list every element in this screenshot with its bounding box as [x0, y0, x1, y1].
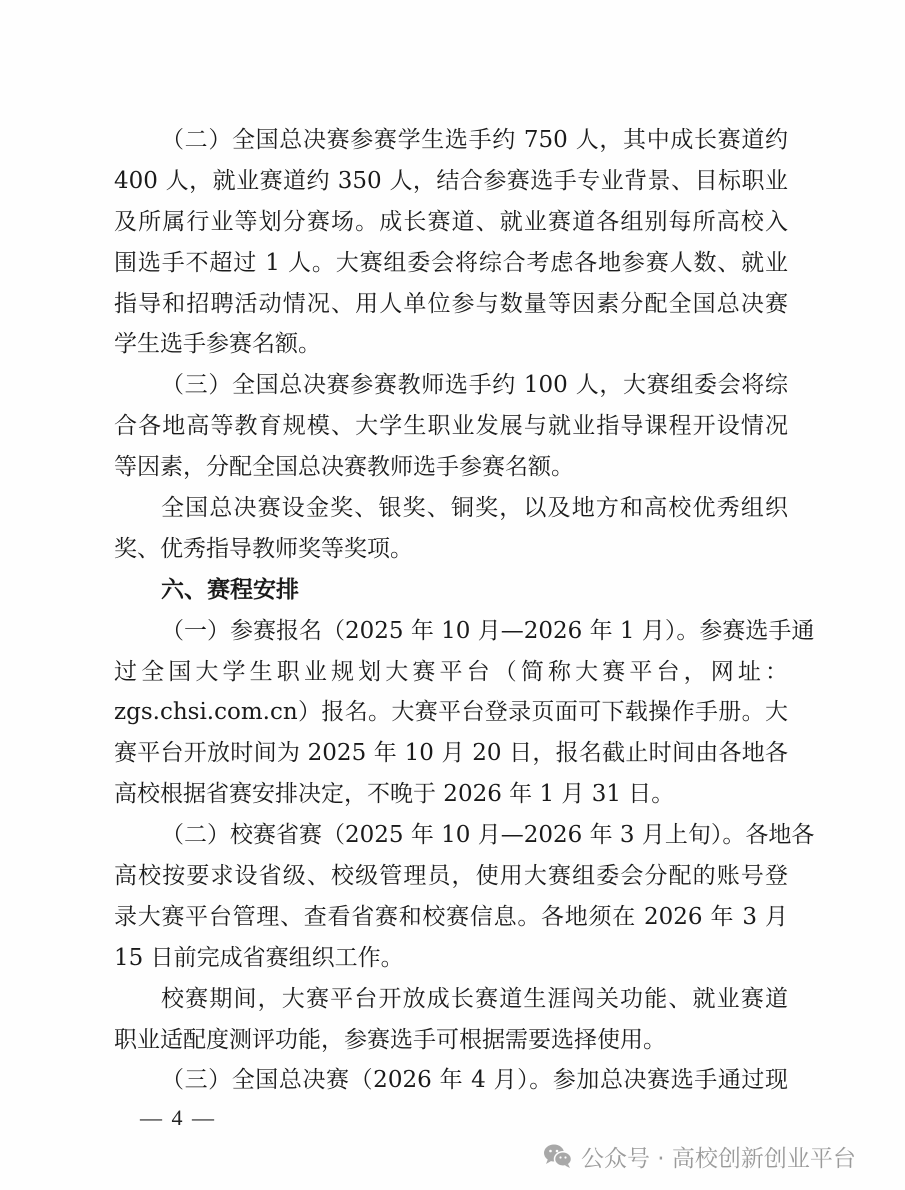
- text-line: 等因素，分配全国总决赛教师选手参赛名额。: [114, 447, 788, 488]
- text-line: 赛平台开放时间为 2025 年 10 月 20 日，报名截止时间由各地各: [114, 733, 788, 774]
- document-body: （二）全国总决赛参赛学生选手约 750 人，其中成长赛道约 400 人，就业赛道…: [114, 120, 788, 1101]
- page-number: — 4 —: [140, 1105, 216, 1131]
- text-line: zgs.chsi.com.cn）报名。大赛平台登录页面可下载操作手册。大: [114, 692, 788, 733]
- text-line: 高校根据省赛安排决定，不晚于 2026 年 1 月 31 日。: [114, 774, 788, 815]
- text-line: 高校按要求设省级、校级管理员，使用大赛组委会分配的账号登: [114, 856, 788, 897]
- text-line: 400 人，就业赛道约 350 人，结合参赛选手专业背景、目标职业: [114, 161, 788, 202]
- text-line: 合各地高等教育规模、大学生职业发展与就业指导课程开设情况: [114, 406, 788, 447]
- text-line: 全国总决赛设金奖、银奖、铜奖，以及地方和高校优秀组织: [114, 488, 788, 529]
- watermark: 公众号 · 高校创新创业平台: [543, 1138, 856, 1174]
- text-line: 奖、优秀指导教师奖等奖项。: [114, 529, 788, 570]
- text-line: 学生选手参赛名额。: [114, 324, 788, 365]
- document-page: （二）全国总决赛参赛学生选手约 750 人，其中成长赛道约 400 人，就业赛道…: [0, 0, 905, 1190]
- text-line: （三）全国总决赛（2026 年 4 月）。参加总决赛选手通过现: [114, 1060, 788, 1101]
- text-line: （二）校赛省赛（2025 年 10 月—2026 年 3 月上旬）。各地各: [114, 815, 788, 856]
- text-line: （二）全国总决赛参赛学生选手约 750 人，其中成长赛道约: [114, 120, 788, 161]
- wechat-icon: [543, 1143, 573, 1169]
- section-heading: 六、赛程安排: [114, 570, 788, 611]
- text-line: 15 日前完成省赛组织工作。: [114, 938, 788, 979]
- text-line: 录大赛平台管理、查看省赛和校赛信息。各地须在 2026 年 3 月: [114, 897, 788, 938]
- watermark-text: 公众号 · 高校创新创业平台: [581, 1140, 856, 1173]
- text-line: 校赛期间，大赛平台开放成长赛道生涯闯关功能、就业赛道: [114, 979, 788, 1020]
- text-line: 指导和招聘活动情况、用人单位参与数量等因素分配全国总决赛: [114, 284, 788, 325]
- text-line: 及所属行业等划分赛场。成长赛道、就业赛道各组别每所高校入: [114, 202, 788, 243]
- text-line: （三）全国总决赛参赛教师选手约 100 人，大赛组委会将综: [114, 365, 788, 406]
- text-line: （一）参赛报名（2025 年 10 月—2026 年 1 月）。参赛选手通: [114, 611, 788, 652]
- text-line: 过全国大学生职业规划大赛平台（简称大赛平台，网址：: [114, 652, 788, 693]
- text-line: 职业适配度测评功能，参赛选手可根据需要选择使用。: [114, 1020, 788, 1061]
- text-line: 围选手不超过 1 人。大赛组委会将综合考虑各地参赛人数、就业: [114, 243, 788, 284]
